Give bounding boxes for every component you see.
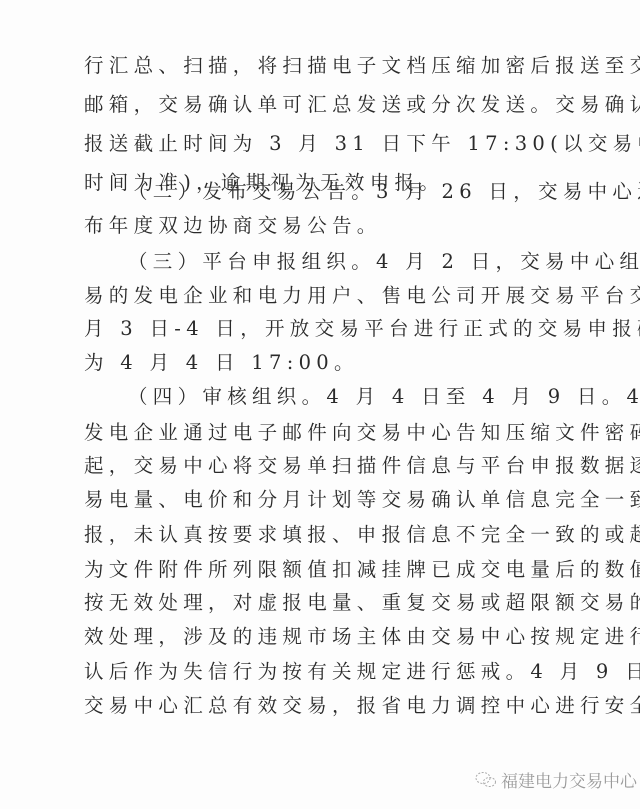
text-line: 邮箱，交易确认单可汇总发送或分次发送。交易确认单电子邮件: [84, 93, 568, 117]
text-line: 起，交易中心将交易单扫描件信息与平台申报数据逐一核对，交: [84, 454, 568, 478]
text-line: 发电企业通过电子邮件向交易中心告知压缩文件密码。4 月 6 日: [84, 421, 568, 445]
watermark-text: 福建电力交易中心: [501, 767, 637, 792]
text-line: 报，未认真按要求填报、申报信息不完全一致的或超限额（限额: [84, 523, 568, 547]
text-line: 行汇总、扫描，将扫描电子文档压缩加密后报送至交易中心指定: [84, 54, 568, 78]
text-line: 易的发电企业和电力用户、售电公司开展交易平台交易演练。4: [84, 284, 568, 308]
text-line: 易电量、电价和分月计划等交易确认单信息完全一致的为有效申: [84, 488, 568, 512]
text-line: 报送截止时间为 3 月 31 日下午 17:30(以交易中心电子邮箱收件: [84, 132, 568, 156]
text-line: 布年度双边协商交易公告。: [84, 214, 568, 238]
watermark: 福建电力交易中心: [475, 767, 637, 792]
text-line: 按无效处理，对虚报电量、重复交易或超限额交易的，一律按无: [84, 591, 568, 615]
text-line: 为 4 月 4 日 17:00。: [84, 351, 568, 375]
text-line: 为文件附件所列限额值扣减挂牌已成交电量后的数值）的交易均: [84, 558, 568, 582]
text-line: （四）审核组织。4 月 4 日至 4 月 9 日。4 月 4 日 17:30 前…: [128, 385, 568, 409]
text-line: 认后作为失信行为按有关规定进行惩戒。4 月 9 日下午下班前，: [84, 660, 568, 684]
text-line: （二）发布交易公告。3 月 26 日，交易中心通过交易网站发: [128, 180, 568, 204]
document-page: 行汇总、扫描，将扫描电子文档压缩加密后报送至交易中心指定邮箱，交易确认单可汇总发…: [0, 0, 640, 809]
wechat-icon: [475, 771, 497, 789]
text-line: （三）平台申报组织。4 月 2 日，交易中心组织所有参与交: [128, 250, 568, 274]
text-line: 月 3 日-4 日，开放交易平台进行正式的交易申报确认，截止时间: [84, 317, 568, 341]
text-line: 效处理，涉及的违规市场主体由交易中心按规定进行记录，经确: [84, 625, 568, 649]
text-line: 交易中心汇总有效交易，报省电力调控中心进行安全校核。4 月: [84, 694, 568, 718]
